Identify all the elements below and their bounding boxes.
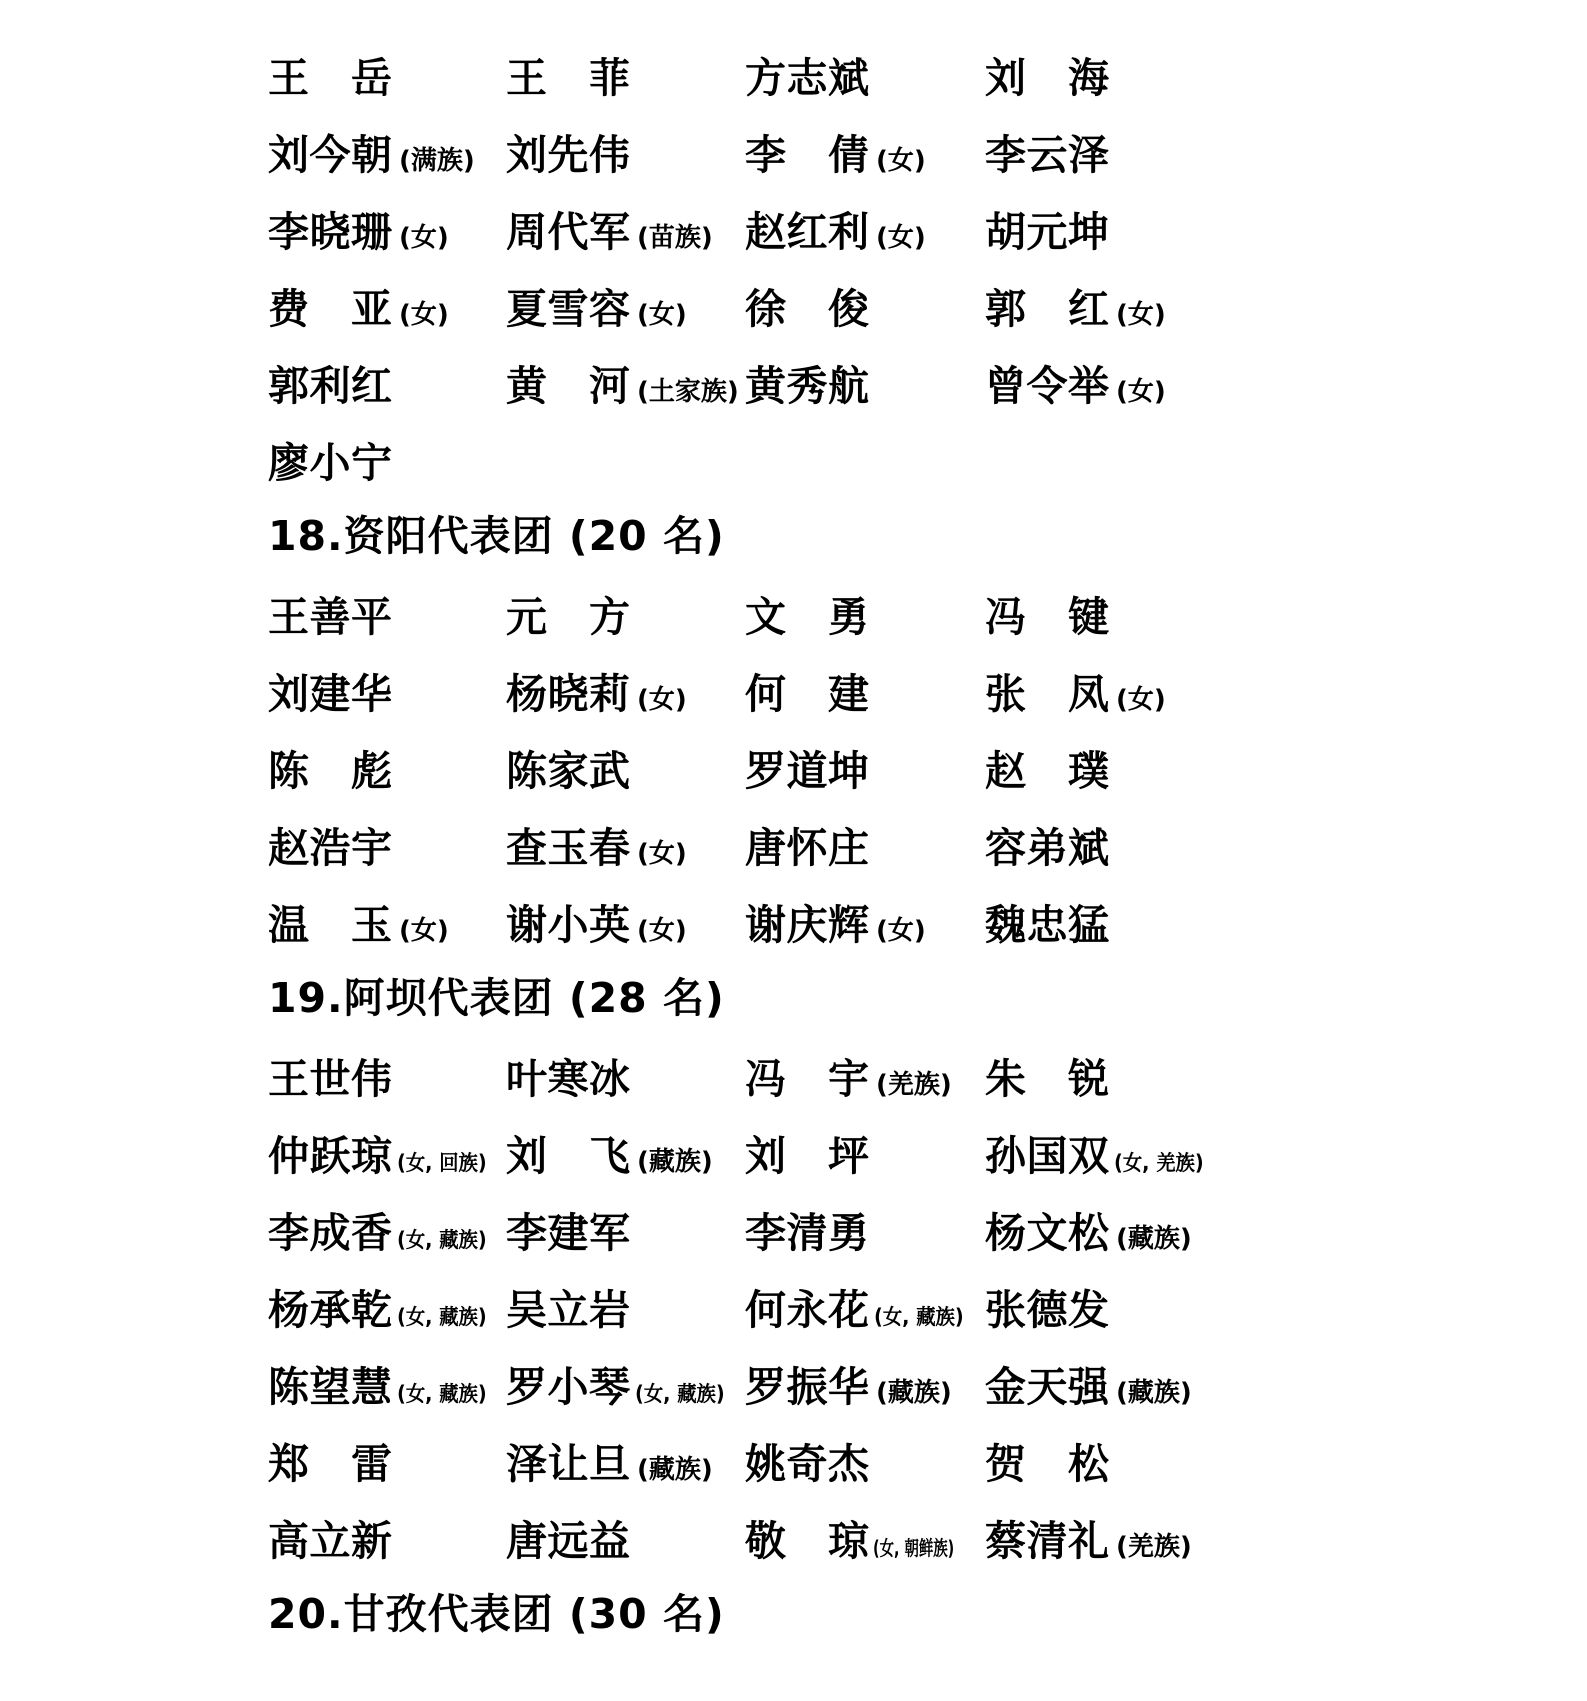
delegate: 罗小琴(女, 藏族) [506, 1354, 745, 1413]
delegate-note: (藏族) [1116, 1372, 1192, 1409]
delegate-row: 高立新唐远益敬琼(女, 朝鲜族)蔡清礼(羌族) [268, 1499, 1587, 1576]
delegation-section: 20.甘孜代表团 (30 名) [268, 1576, 1587, 1653]
delegate: 金天强(藏族) [985, 1354, 1305, 1413]
delegate-name: 曾令举 [985, 353, 1109, 412]
delegate-note: (藏族) [876, 1372, 952, 1409]
delegate-name: 胡元坤 [985, 199, 1109, 258]
delegate-name: 金天强 [985, 1354, 1109, 1413]
delegate: 查玉春(女) [506, 815, 745, 874]
delegate-note: (女) [1116, 371, 1166, 408]
delegate: 郭红(女) [985, 276, 1305, 335]
delegate: 张凤(女) [985, 661, 1305, 720]
delegate: 李清勇 [745, 1200, 985, 1259]
delegate: 叶寒冰 [506, 1046, 745, 1105]
delegate-name: 黄秀航 [745, 353, 869, 412]
delegate-name: 容弟斌 [985, 815, 1109, 874]
delegate: 周代军(苗族) [506, 199, 745, 258]
delegate-name: 孙国双 [985, 1123, 1109, 1182]
delegate-note: (女) [399, 217, 449, 254]
delegate-name: 叶寒冰 [506, 1046, 630, 1105]
delegate: 李成香(女, 藏族) [268, 1200, 506, 1259]
delegate-row: 廖小宁 [268, 421, 1587, 498]
delegate-row: 费亚(女)夏雪容(女)徐俊郭红(女) [268, 267, 1587, 344]
delegation-header: 20.甘孜代表团 (30 名) [268, 1576, 1587, 1653]
delegate-name: 刘今朝 [268, 122, 392, 181]
delegate-note: (藏族) [637, 1141, 713, 1178]
delegate-name: 赵红利 [745, 199, 869, 258]
delegate: 李云泽 [985, 122, 1305, 181]
delegate-row: 郭利红黄河(土家族)黄秀航曾令举(女) [268, 344, 1587, 421]
delegate: 王菲 [506, 45, 745, 104]
delegate: 郭利红 [268, 353, 506, 412]
delegate-name: 郭红 [985, 276, 1109, 335]
delegation-section: 19.阿坝代表团 (28 名)王世伟叶寒冰冯宇(羌族)朱锐仲跃琼(女, 回族)刘… [268, 960, 1587, 1576]
delegate-name: 何永花 [745, 1277, 869, 1336]
delegate-name: 唐远益 [506, 1508, 630, 1567]
delegate: 刘建华 [268, 661, 506, 720]
delegate-name: 仲跃琼 [268, 1123, 392, 1182]
delegate: 魏忠猛 [985, 892, 1305, 951]
delegate-name: 罗振华 [745, 1354, 869, 1413]
delegate: 容弟斌 [985, 815, 1305, 874]
delegate: 刘先伟 [506, 122, 745, 181]
delegate-name: 查玉春 [506, 815, 630, 874]
delegate: 赵红利(女) [745, 199, 985, 258]
delegate-row: 王善平元方文勇冯键 [268, 575, 1587, 652]
delegate-row: 杨承乾(女, 藏族)吴立岩何永花(女, 藏族)张德发 [268, 1268, 1587, 1345]
delegate-note: (女) [876, 140, 926, 177]
delegate-name: 廖小宁 [268, 430, 392, 489]
delegate-name: 泽让旦 [506, 1431, 630, 1490]
delegate-name: 杨文松 [985, 1200, 1109, 1259]
delegate-name: 杨承乾 [268, 1277, 392, 1336]
delegation-section: 18.资阳代表团 (20 名)王善平元方文勇冯键刘建华杨晓莉(女)何建张凤(女)… [268, 498, 1587, 960]
delegate: 徐俊 [745, 276, 985, 335]
delegate: 杨文松(藏族) [985, 1200, 1305, 1259]
delegate: 唐怀庄 [745, 815, 985, 874]
delegate-note: (女) [1116, 294, 1166, 331]
delegate-name: 唐怀庄 [745, 815, 869, 874]
delegate-name: 王岳 [268, 45, 392, 104]
delegate-note: (土家族) [637, 371, 739, 408]
delegate-name: 冯宇 [745, 1046, 869, 1105]
delegate-name: 李云泽 [985, 122, 1109, 181]
delegate: 刘飞(藏族) [506, 1123, 745, 1182]
delegate-note: (女, 藏族) [397, 1378, 487, 1408]
delegate-name: 陈望慧 [268, 1354, 392, 1413]
delegate-name: 刘飞 [506, 1123, 630, 1182]
delegate-name: 夏雪容 [506, 276, 630, 335]
delegate-note: (藏族) [637, 1449, 713, 1486]
delegate-name: 王菲 [506, 45, 630, 104]
delegate-row: 李成香(女, 藏族)李建军李清勇杨文松(藏族) [268, 1191, 1587, 1268]
delegate-note: (藏族) [1116, 1218, 1192, 1255]
delegation-section: 王岳王菲方志斌刘海刘今朝(满族)刘先伟李倩(女)李云泽李晓珊(女)周代军(苗族)… [268, 36, 1587, 498]
delegate-note: (女) [876, 910, 926, 947]
delegate: 李晓珊(女) [268, 199, 506, 258]
delegate: 王岳 [268, 45, 506, 104]
delegate-name: 李倩 [745, 122, 869, 181]
delegate-name: 王世伟 [268, 1046, 392, 1105]
delegate-name: 赵浩宇 [268, 815, 392, 874]
delegate-name: 姚奇杰 [745, 1431, 869, 1490]
delegate-note: (女) [876, 217, 926, 254]
delegate-name: 蔡清礼 [985, 1508, 1109, 1567]
delegate-note: (女, 藏族) [397, 1301, 487, 1331]
delegate-name: 元方 [506, 584, 630, 643]
delegate-note: (女) [637, 679, 687, 716]
delegate: 陈家武 [506, 738, 745, 797]
delegate-note: (苗族) [637, 217, 713, 254]
delegate-row: 陈望慧(女, 藏族)罗小琴(女, 藏族)罗振华(藏族)金天强(藏族) [268, 1345, 1587, 1422]
delegate: 孙国双(女, 羌族) [985, 1123, 1305, 1182]
delegate: 王善平 [268, 584, 506, 643]
delegate-name: 温玉 [268, 892, 392, 951]
delegate-row: 仲跃琼(女, 回族)刘飞(藏族)刘坪孙国双(女, 羌族) [268, 1114, 1587, 1191]
delegate: 赵浩宇 [268, 815, 506, 874]
delegate-name: 高立新 [268, 1508, 392, 1567]
delegate: 李建军 [506, 1200, 745, 1259]
delegate-name: 张德发 [985, 1277, 1109, 1336]
delegate: 何永花(女, 藏族) [745, 1277, 985, 1336]
delegate-name: 张凤 [985, 661, 1109, 720]
document-page: 王岳王菲方志斌刘海刘今朝(满族)刘先伟李倩(女)李云泽李晓珊(女)周代军(苗族)… [0, 0, 1587, 1701]
delegate-name: 刘先伟 [506, 122, 630, 181]
delegate: 高立新 [268, 1508, 506, 1567]
delegate-note: (女, 藏族) [397, 1224, 487, 1254]
delegate-note: (女, 朝鲜族) [873, 1532, 954, 1561]
delegate-name: 冯键 [985, 584, 1109, 643]
delegate-name: 刘坪 [745, 1123, 869, 1182]
delegate-note: (满族) [399, 140, 475, 177]
delegate-name: 朱锐 [985, 1046, 1109, 1105]
delegate: 曾令举(女) [985, 353, 1305, 412]
delegate-name: 谢庆辉 [745, 892, 869, 951]
delegate: 方志斌 [745, 45, 985, 104]
delegate: 姚奇杰 [745, 1431, 985, 1490]
delegate: 王世伟 [268, 1046, 506, 1105]
delegate-note: (女, 藏族) [635, 1378, 725, 1408]
delegate: 唐远益 [506, 1508, 745, 1567]
delegation-header: 19.阿坝代表团 (28 名) [268, 960, 1587, 1037]
delegate: 杨承乾(女, 藏族) [268, 1277, 506, 1336]
delegate-name: 方志斌 [745, 45, 869, 104]
delegate-note: (女) [637, 910, 687, 947]
delegate-name: 王善平 [268, 584, 392, 643]
delegate: 文勇 [745, 584, 985, 643]
delegate-note: (女, 羌族) [1114, 1147, 1204, 1177]
delegate: 谢小英(女) [506, 892, 745, 951]
delegate: 冯键 [985, 584, 1305, 643]
delegate-name: 李晓珊 [268, 199, 392, 258]
delegate-name: 郑雷 [268, 1431, 392, 1490]
delegate-note: (羌族) [1116, 1526, 1192, 1563]
delegate-row: 刘今朝(满族)刘先伟李倩(女)李云泽 [268, 113, 1587, 190]
delegate-note: (羌族) [876, 1064, 952, 1101]
delegate: 杨晓莉(女) [506, 661, 745, 720]
delegate-note: (女, 藏族) [874, 1301, 964, 1331]
delegate-name: 李清勇 [745, 1200, 869, 1259]
delegate: 黄秀航 [745, 353, 985, 412]
delegate: 泽让旦(藏族) [506, 1431, 745, 1490]
delegate-name: 刘建华 [268, 661, 392, 720]
delegate-name: 贺松 [985, 1431, 1109, 1490]
delegate-row: 陈彪陈家武罗道坤赵璞 [268, 729, 1587, 806]
delegate: 夏雪容(女) [506, 276, 745, 335]
delegate-name: 谢小英 [506, 892, 630, 951]
delegate-row: 王世伟叶寒冰冯宇(羌族)朱锐 [268, 1037, 1587, 1114]
delegate: 郑雷 [268, 1431, 506, 1490]
delegate-name: 刘海 [985, 45, 1109, 104]
delegate: 赵璞 [985, 738, 1305, 797]
delegate: 冯宇(羌族) [745, 1046, 985, 1105]
delegate: 吴立岩 [506, 1277, 745, 1336]
delegate-name: 郭利红 [268, 353, 392, 412]
delegate: 胡元坤 [985, 199, 1305, 258]
delegate-name: 陈彪 [268, 738, 392, 797]
delegate: 李倩(女) [745, 122, 985, 181]
delegate-name: 敬琼 [745, 1508, 869, 1567]
delegate-name: 徐俊 [745, 276, 869, 335]
delegate-name: 费亚 [268, 276, 392, 335]
delegate-list: 王岳王菲方志斌刘海刘今朝(满族)刘先伟李倩(女)李云泽李晓珊(女)周代军(苗族)… [268, 36, 1587, 1653]
delegate-name: 李成香 [268, 1200, 392, 1259]
delegate: 张德发 [985, 1277, 1305, 1336]
delegate-name: 黄河 [506, 353, 630, 412]
delegate-name: 吴立岩 [506, 1277, 630, 1336]
delegate: 温玉(女) [268, 892, 506, 951]
delegate: 刘坪 [745, 1123, 985, 1182]
delegate-note: (女) [1116, 679, 1166, 716]
delegate-name: 罗小琴 [506, 1354, 630, 1413]
delegate-note: (女) [399, 910, 449, 947]
delegate-name: 杨晓莉 [506, 661, 630, 720]
delegate: 仲跃琼(女, 回族) [268, 1123, 506, 1182]
delegate-row: 温玉(女)谢小英(女)谢庆辉(女)魏忠猛 [268, 883, 1587, 960]
delegate-note: (女) [399, 294, 449, 331]
delegate: 刘海 [985, 45, 1305, 104]
delegate: 陈望慧(女, 藏族) [268, 1354, 506, 1413]
delegate-row: 王岳王菲方志斌刘海 [268, 36, 1587, 113]
delegate: 元方 [506, 584, 745, 643]
delegate-row: 李晓珊(女)周代军(苗族)赵红利(女)胡元坤 [268, 190, 1587, 267]
delegate: 贺松 [985, 1431, 1305, 1490]
delegate: 廖小宁 [268, 430, 506, 489]
delegate-note: (女) [637, 294, 687, 331]
delegate-row: 赵浩宇查玉春(女)唐怀庄容弟斌 [268, 806, 1587, 883]
delegate: 罗振华(藏族) [745, 1354, 985, 1413]
delegate-name: 周代军 [506, 199, 630, 258]
delegate-note: (女, 回族) [397, 1147, 487, 1177]
delegate-name: 陈家武 [506, 738, 630, 797]
delegate: 罗道坤 [745, 738, 985, 797]
delegate-row: 刘建华杨晓莉(女)何建张凤(女) [268, 652, 1587, 729]
delegate: 陈彪 [268, 738, 506, 797]
delegate: 敬琼(女, 朝鲜族) [745, 1508, 985, 1567]
delegate-name: 魏忠猛 [985, 892, 1109, 951]
delegate: 蔡清礼(羌族) [985, 1508, 1305, 1567]
delegate-row: 郑雷泽让旦(藏族)姚奇杰贺松 [268, 1422, 1587, 1499]
delegate-name: 文勇 [745, 584, 869, 643]
delegation-header: 18.资阳代表团 (20 名) [268, 498, 1587, 575]
delegate: 朱锐 [985, 1046, 1305, 1105]
delegate-name: 赵璞 [985, 738, 1109, 797]
delegate: 费亚(女) [268, 276, 506, 335]
delegate: 谢庆辉(女) [745, 892, 985, 951]
delegate-name: 罗道坤 [745, 738, 869, 797]
delegate: 刘今朝(满族) [268, 122, 506, 181]
delegate: 何建 [745, 661, 985, 720]
delegate-note: (女) [637, 833, 687, 870]
delegate-name: 李建军 [506, 1200, 630, 1259]
delegate: 黄河(土家族) [506, 353, 745, 412]
delegate-name: 何建 [745, 661, 869, 720]
